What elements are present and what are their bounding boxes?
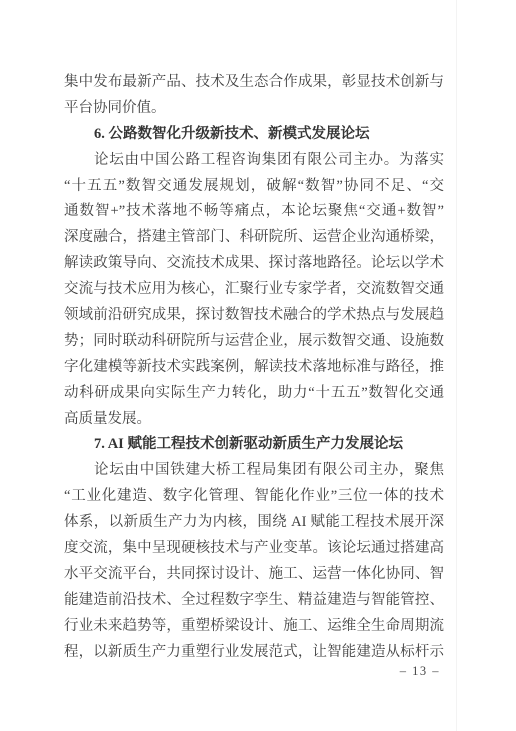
document-page: 集中发布最新产品、技术及生态合作成果，彰显技术创新与平台协同价值。6. 公路数智… [0, 0, 516, 731]
text-line: 解读政策导向、交流技术成果、探讨落地路径。论坛以学术 [64, 251, 444, 277]
heading-line: 7. AI 赋能工程技术创新驱动新质生产力发展论坛 [64, 432, 444, 458]
text-line: 动科研成果向实际生产力转化，助力“十五五”数智化交通 [64, 381, 444, 407]
text-line: 体系，以新质生产力为内核，围绕 AI 赋能工程技术展开深 [64, 510, 444, 536]
page-number: – 13 – [400, 664, 440, 679]
text-line: 平台协同价值。 [64, 96, 444, 122]
text-line: 论坛由中国公路工程咨询集团有限公司主办。为落实 [64, 148, 444, 174]
text-line: 论坛由中国铁建大桥工程局集团有限公司主办，聚焦 [64, 458, 444, 484]
text-line: 能建造前沿技术、全过程数字孪生、精益建造与智能管控、 [64, 588, 444, 614]
text-line: 深度融合，搭建主管部门、科研院所、运营企业沟通桥梁， [64, 225, 444, 251]
document-body: 集中发布最新产品、技术及生态合作成果，彰显技术创新与平台协同价值。6. 公路数智… [64, 70, 444, 665]
text-line: 水平交流平台，共同探讨设计、施工、运营一体化协同、智 [64, 562, 444, 588]
text-line: 程，以新质生产力重塑行业发展范式，让智能建造从标杆示 [64, 640, 444, 666]
text-line: 集中发布最新产品、技术及生态合作成果，彰显技术创新与 [64, 70, 444, 96]
text-line: 势；同时联动科研院所与运营企业，展示数智交通、设施数 [64, 329, 444, 355]
text-line: 度交流，集中呈现硬核技术与产业变革。该论坛通过搭建高 [64, 536, 444, 562]
text-line: 高质量发展。 [64, 407, 444, 433]
text-line: 领域前沿研究成果，探讨数智技术融合的学术热点与发展趋 [64, 303, 444, 329]
text-line: “工业化建造、数字化管理、智能化作业”三位一体的技术 [64, 484, 444, 510]
heading-line: 6. 公路数智化升级新技术、新模式发展论坛 [64, 122, 444, 148]
text-line: “十五五”数智交通发展规划，破解“数智”协同不足、“交 [64, 174, 444, 200]
text-line: 行业未来趋势等，重塑桥梁设计、施工、运维全生命周期流 [64, 614, 444, 640]
text-line: 交流与技术应用为核心，汇聚行业专家学者，交流数智交通 [64, 277, 444, 303]
scan-seam-line [456, 0, 457, 731]
text-line: 字化建模等新技术实践案例，解读技术落地标准与路径，推 [64, 355, 444, 381]
text-line: 通数智+”技术落地不畅等痛点，本论坛聚焦“交通+数智” [64, 199, 444, 225]
